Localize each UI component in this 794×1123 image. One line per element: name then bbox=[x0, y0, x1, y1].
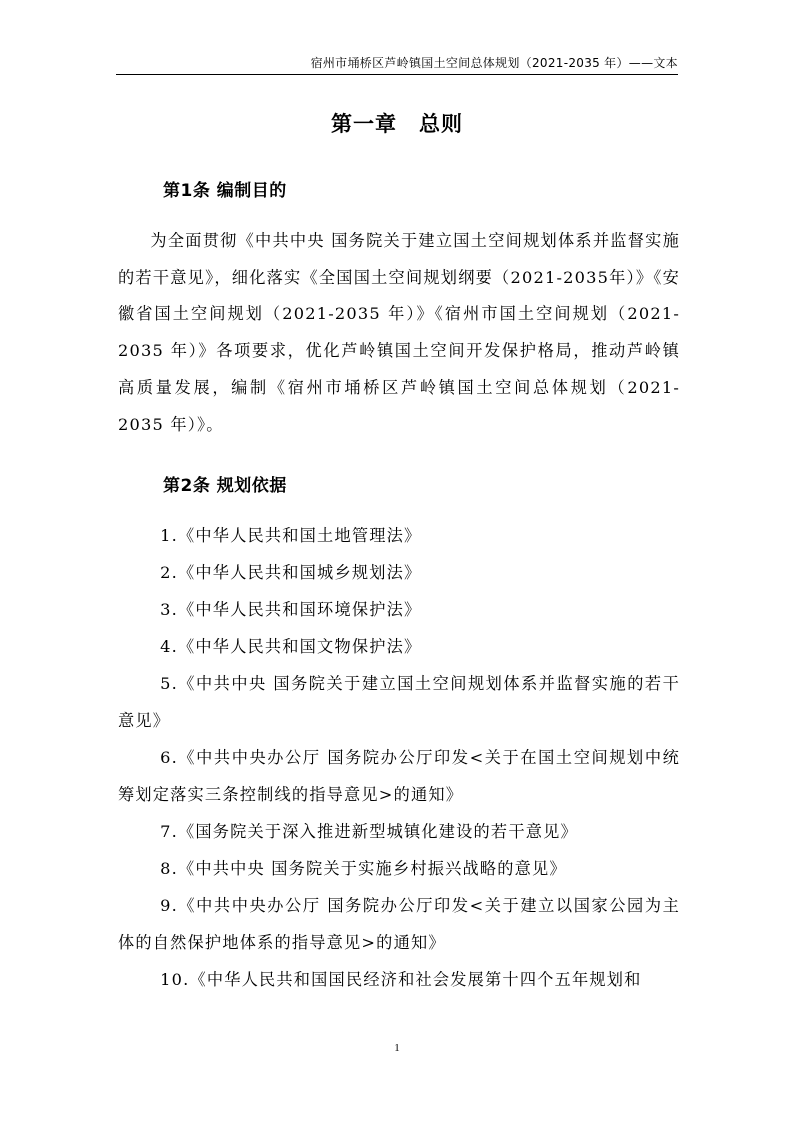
list-item: 10.《中华人民共和国国民经济和社会发展第十四个五年规划和 bbox=[118, 961, 680, 998]
list-item: 7.《国务院关于深入推进新型城镇化建设的若干意见》 bbox=[118, 813, 680, 850]
list-item: 3.《中华人民共和国环境保护法》 bbox=[118, 591, 680, 628]
article-1-title: 第1条 编制目的 bbox=[163, 176, 287, 201]
article-2-title: 第2条 规划依据 bbox=[163, 471, 287, 496]
list-item: 2.《中华人民共和国城乡规划法》 bbox=[118, 554, 680, 591]
list-item: 5.《中共中央 国务院关于建立国土空间规划体系并监督实施的若干意见》 bbox=[118, 665, 680, 739]
basis-list: 1.《中华人民共和国土地管理法》 2.《中华人民共和国城乡规划法》 3.《中华人… bbox=[118, 517, 680, 998]
list-item: 4.《中华人民共和国文物保护法》 bbox=[118, 628, 680, 665]
running-header-text: 宿州市埇桥区芦岭镇国土空间总体规划（2021-2035 年）——文本 bbox=[311, 56, 678, 70]
list-item: 1.《中华人民共和国土地管理法》 bbox=[118, 517, 680, 554]
page-number: 1 bbox=[0, 1042, 794, 1054]
list-item: 8.《中共中央 国务院关于实施乡村振兴战略的意见》 bbox=[118, 850, 680, 887]
list-item: 6.《中共中央办公厅 国务院办公厅印发<关于在国土空间规划中统筹划定落实三条控制… bbox=[118, 739, 680, 813]
article-1-body: 为全面贯彻《中共中央 国务院关于建立国土空间规划体系并监督实施的若干意见》，细化… bbox=[118, 223, 680, 443]
running-header: 宿州市埇桥区芦岭镇国土空间总体规划（2021-2035 年）——文本 bbox=[116, 54, 678, 75]
chapter-title: 第一章 总则 bbox=[0, 108, 794, 138]
list-item: 9.《中共中央办公厅 国务院办公厅印发<关于建立以国家公园为主体的自然保护地体系… bbox=[118, 887, 680, 961]
